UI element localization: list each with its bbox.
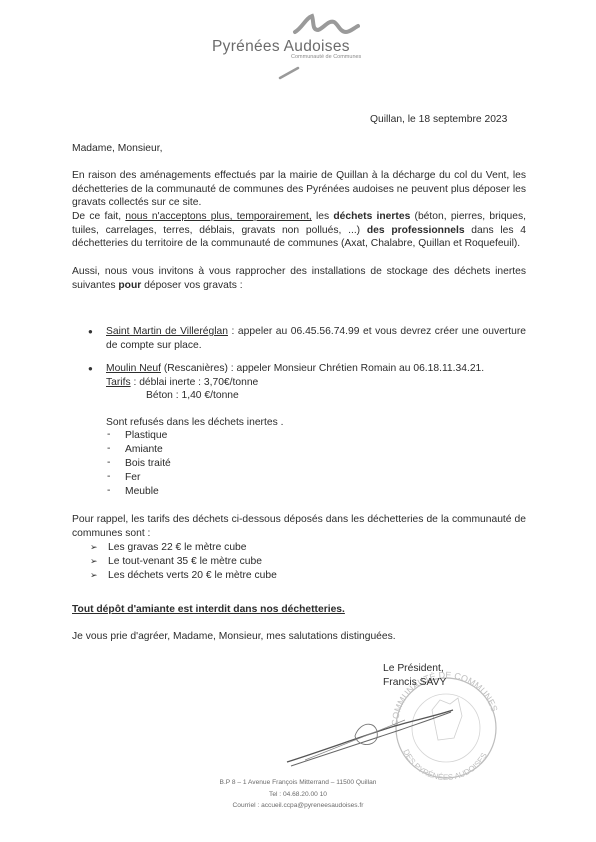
tarifs-label: Tarifs [106, 377, 131, 388]
p2-underlined: nous n'acceptons plus, temporairement, [125, 211, 311, 222]
p2-mid1: les [312, 211, 334, 222]
site-text: (Rescanières) : appeler Monsieur Chrétie… [161, 363, 484, 374]
dash-icon: - [107, 471, 110, 482]
refused-item: Fer [125, 471, 140, 485]
dash-icon: - [107, 443, 110, 454]
p2-lead: De ce fait, [72, 211, 125, 222]
p3-tail: déposer vos gravats : [141, 280, 242, 291]
refused-item: Bois traité [125, 457, 171, 471]
site-name: Moulin Neuf [106, 363, 161, 374]
asbestos-warning: Tout dépôt d'amiante est interdit dans n… [72, 603, 345, 617]
paragraph-4: Pour rappel, les tarifs des déchets ci-d… [72, 513, 526, 540]
dash-icon: - [107, 429, 110, 440]
letter-page: Pyrénées Audoises Communauté de Communes… [0, 0, 596, 842]
tarif-item: Le tout-venant 35 € le mètre cube [108, 555, 262, 569]
logo-subtitle: Communauté de Communes [291, 54, 361, 60]
arrow-bullet-icon: ➢ [90, 542, 98, 553]
p2-bold-professionals: des professionnels [367, 225, 465, 236]
arrow-bullet-icon: ➢ [90, 570, 98, 581]
paragraph-3: Aussi, nous vous invitons à vous rapproc… [72, 265, 526, 292]
tarif-line-2: Béton : 1,40 €/tonne [146, 389, 239, 403]
tarif-item: Les déchets verts 20 € le mètre cube [108, 569, 277, 583]
dash-icon: - [107, 457, 110, 468]
footer-phone: Tel : 04.68.20.00 10 [0, 791, 596, 798]
site-item-moulin-neuf: Moulin Neuf (Rescanières) : appeler Mons… [106, 362, 484, 376]
signatory-title: Le Président, [383, 662, 444, 676]
paragraph-1: En raison des aménagements effectués par… [72, 169, 526, 210]
refused-item: Meuble [125, 485, 159, 499]
p3-bold: pour [118, 280, 141, 291]
refused-item: Plastique [125, 429, 167, 443]
bullet-icon: ● [88, 364, 93, 373]
site-name: Saint Martin de Villeréglan [106, 326, 228, 337]
refused-item: Amiante [125, 443, 163, 457]
p2-bold-inert-waste: déchets inertes [333, 211, 410, 222]
greeting: Madame, Monsieur, [72, 142, 162, 156]
refused-title: Sont refusés dans les déchets inertes . [106, 416, 283, 430]
logo: Pyrénées Audoises Communauté de Communes [0, 0, 596, 75]
arrow-bullet-icon: ➢ [90, 556, 98, 567]
tarif-value: : déblai inerte : 3,70€/tonne [131, 377, 259, 388]
signature-icon [285, 690, 455, 770]
footer-address: B.P 8 – 1 Avenue François Mitterrand – 1… [0, 779, 596, 786]
footer-email: Courriel : accueil.ccpa@pyreneesaudoises… [0, 802, 596, 809]
paragraph-2: De ce fait, nous n'acceptons plus, tempo… [72, 210, 526, 251]
bullet-icon: ● [88, 327, 93, 336]
letter-date: Quillan, le 18 septembre 2023 [370, 113, 507, 127]
tarif-line-1: Tarifs : déblai inerte : 3,70€/tonne [106, 376, 258, 390]
signatory-name: Francis SAVY [383, 676, 446, 690]
closing-formula: Je vous prie d'agréer, Madame, Monsieur,… [72, 630, 396, 644]
tarif-item: Les gravas 22 € le mètre cube [108, 541, 247, 555]
dash-icon: - [107, 485, 110, 496]
site-item-saint-martin: Saint Martin de Villeréglan : appeler au… [106, 325, 526, 352]
